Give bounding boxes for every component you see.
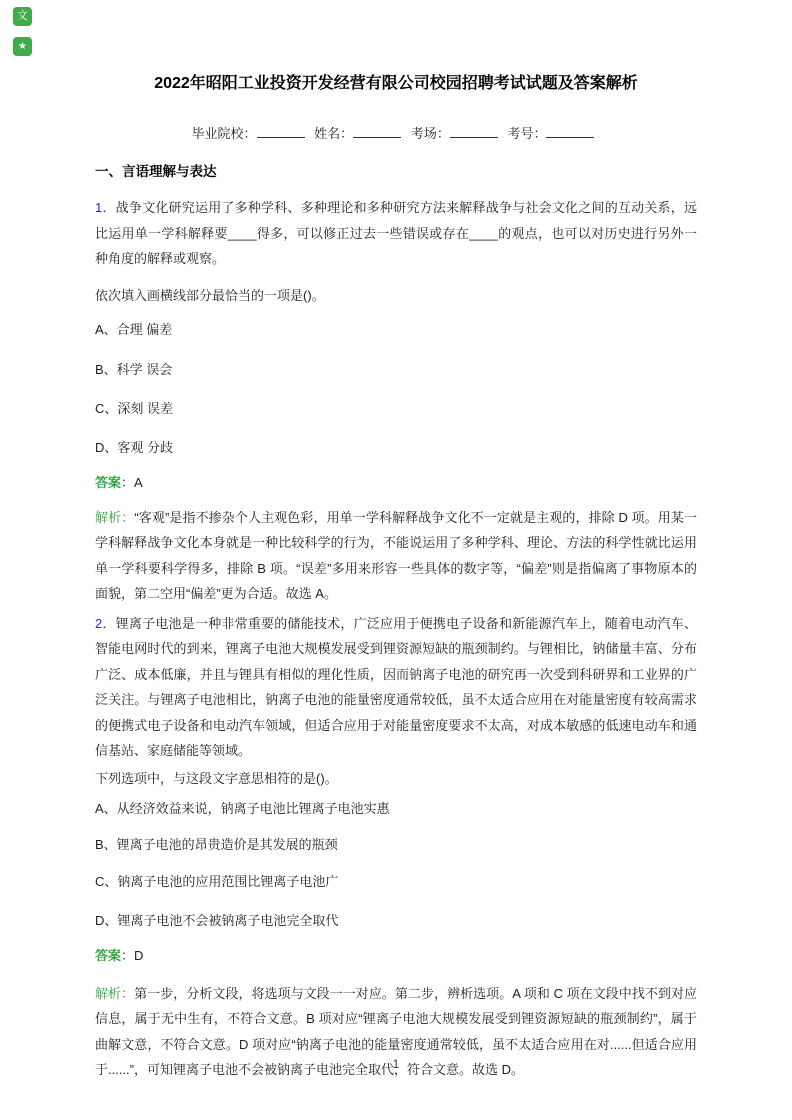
- form-field-number: 考号：: [507, 126, 594, 141]
- question-1-analysis: 解析：“客观”是指不掺杂个人主观色彩，用单一学科解释战争文化不一定就是主观的，排…: [95, 505, 697, 607]
- analysis-label: 解析：: [95, 986, 134, 1001]
- question-2-option-a: A、从经济效益来说，钠离子电池比锂离子电池实惠: [95, 796, 697, 822]
- answer-value: ：A: [121, 475, 143, 490]
- analysis-label: 解析：: [95, 510, 134, 525]
- exam-form-line: 毕业院校： 姓名： 考场： 考号：: [95, 125, 697, 142]
- question-block-2: 2．锂离子电池是一种非常重要的储能技术，广泛应用于便携电子设备和新能源汽车上，随…: [95, 611, 697, 1083]
- form-label-school: 毕业院校：: [192, 126, 257, 141]
- form-label-number: 考号：: [507, 126, 546, 141]
- question-1-body: 1．战争文化研究运用了多种学科、多种理论和多种研究方法来解释战争与社会文化之间的…: [95, 195, 697, 272]
- question-2-answer-row: 答案：D: [95, 943, 697, 969]
- question-block-1: 1．战争文化研究运用了多种学科、多种理论和多种研究方法来解释战争与社会文化之间的…: [95, 195, 697, 607]
- question-2-stem: 下列选项中，与这段文字意思相符的是()。: [95, 766, 697, 792]
- form-label-name: 姓名：: [314, 126, 353, 141]
- form-field-school: 毕业院校：: [192, 126, 305, 141]
- form-blank-name: [353, 125, 401, 138]
- translate-icon[interactable]: 文: [13, 7, 32, 26]
- form-field-name: 姓名：: [314, 126, 401, 141]
- answer-label: 答案: [95, 475, 121, 490]
- question-1-option-a: A、合理 偏差: [95, 317, 697, 343]
- question-1-option-b: B、科学 误会: [95, 357, 697, 383]
- section-heading: 一、言语理解与表达: [95, 163, 697, 180]
- question-1-option-c: C、深刻 误差: [95, 396, 697, 422]
- question-1-number: 1．: [95, 200, 116, 215]
- form-blank-number: [546, 125, 594, 138]
- analysis-text: “客观”是指不掺杂个人主观色彩，用单一学科解释战争文化不一定就是主观的，排除 D…: [95, 510, 697, 602]
- question-2-number: 2．: [95, 616, 116, 631]
- question-2-option-b: B、锂离子电池的昂贵造价是其发展的瓶颈: [95, 832, 697, 858]
- answer-label: 答案: [95, 948, 121, 963]
- document-content: 2022年昭阳工业投资开发经营有限公司校园招聘考试试题及答案解析 毕业院校： 姓…: [0, 73, 792, 1083]
- question-1-stem: 依次填入画横线部分最恰当的一项是()。: [95, 283, 697, 309]
- form-blank-room: [450, 125, 498, 138]
- question-2-option-d: D、锂离子电池不会被钠离子电池完全取代: [95, 908, 697, 934]
- form-label-room: 考场：: [411, 126, 450, 141]
- question-1-text: 战争文化研究运用了多种学科、多种理论和多种研究方法来解释战争与社会文化之间的互动…: [95, 200, 697, 266]
- question-1-answer-row: 答案：A: [95, 470, 697, 496]
- page-number: 1: [0, 1057, 792, 1072]
- star-icon[interactable]: ★: [13, 37, 32, 56]
- form-field-room: 考场：: [411, 126, 498, 141]
- form-blank-school: [257, 125, 305, 138]
- answer-value: ：D: [121, 948, 143, 963]
- question-2-body: 2．锂离子电池是一种非常重要的储能技术，广泛应用于便携电子设备和新能源汽车上，随…: [95, 611, 697, 764]
- document-page: 文 ★ 2022年昭阳工业投资开发经营有限公司校园招聘考试试题及答案解析 毕业院…: [0, 0, 792, 1120]
- question-2-text: 锂离子电池是一种非常重要的储能技术，广泛应用于便携电子设备和新能源汽车上，随着电…: [95, 616, 697, 759]
- question-2-option-c: C、钠离子电池的应用范围比锂离子电池广: [95, 869, 697, 895]
- page-title: 2022年昭阳工业投资开发经营有限公司校园招聘考试试题及答案解析: [95, 73, 697, 95]
- question-1-option-d: D、客观 分歧: [95, 435, 697, 461]
